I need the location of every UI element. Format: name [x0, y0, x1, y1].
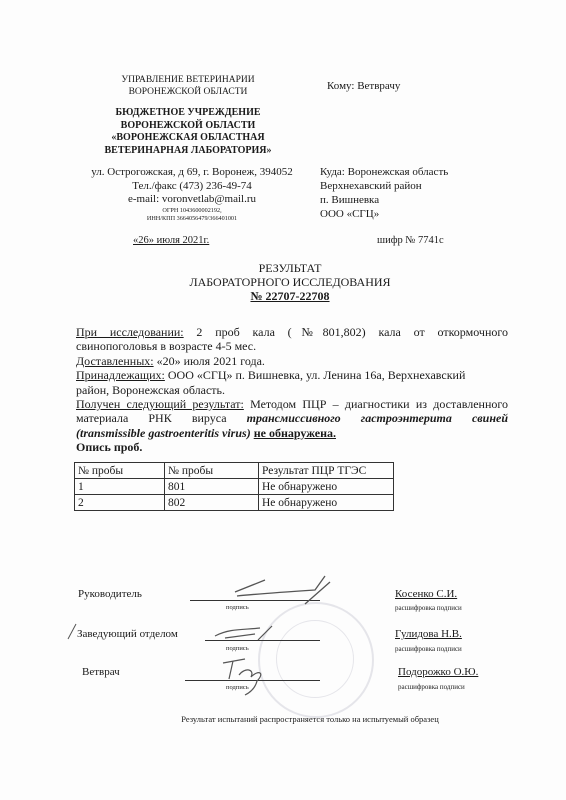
signature-scribble-icon	[225, 570, 335, 610]
authority-header: УПРАВЛЕНИЕ ВЕТЕРИНАРИИ ВОРОНЕЖСКОЙ ОБЛАС…	[88, 74, 288, 98]
institution-header: БЮДЖЕТНОЕ УЧРЕЖДЕНИЕ ВОРОНЕЖСКОЙ ОБЛАСТИ…	[76, 107, 300, 157]
institution-contacts: ул. Острогожская, д 69, г. Воронеж, 3940…	[72, 166, 312, 224]
signature-role-dept: Заведующий отделом	[77, 628, 178, 640]
signature-name-dept: Гулидова Н.В.	[395, 628, 462, 640]
inn-kpp: ИНН/КПП 3664056479/366401001	[72, 215, 312, 224]
cipher-number: шифр № 7741с	[377, 235, 444, 246]
address: ул. Острогожская, д 69, г. Воронеж, 3940…	[72, 166, 312, 180]
research-line: При исследовании: 2 проб кала (№801,802)…	[76, 325, 508, 339]
signature-name-vet: Подорожко О.Ю.	[398, 666, 478, 678]
owner-line: Принадлежащих: ООО «СГЦ» п. Вишневка, ул…	[76, 368, 508, 382]
official-stamp	[258, 602, 374, 718]
signature-role-head: Руководитель	[78, 588, 142, 600]
result-verdict: не обнаружена.	[254, 426, 336, 440]
footer-note: Результат испытаний распространяется тол…	[120, 714, 500, 724]
recipient-address: Куда: Воронежская область Верхнехавский …	[320, 165, 448, 221]
result-line: Получен следующий результат: Методом ПЦР…	[76, 397, 508, 411]
samples-table: № пробы № пробы Результат ПЦР ТГЭС 1 801…	[74, 462, 394, 511]
recipient-to: Кому: Ветврачу	[327, 80, 400, 92]
email: e-mail: voronvetlab@mail.ru	[72, 193, 312, 207]
table-row: 2 802 Не обнаружено	[75, 495, 394, 511]
delivered-line: Доставленных: «20» июля 2021 года.	[76, 354, 508, 368]
document-body: При исследовании: 2 проб кала (№801,802)…	[76, 325, 508, 455]
ogrn: ОГРН 1043600002192,	[72, 207, 312, 216]
document-title: РЕЗУЛЬТАТ ЛАБОРАТОРНОГО ИССЛЕДОВАНИЯ № 2…	[100, 261, 480, 303]
document-date: «26» июля 2021г.	[133, 235, 209, 246]
result-number: № 22707-22708	[100, 289, 480, 303]
signature-scribble-icon	[210, 622, 280, 644]
table-header-row: № пробы № пробы Результат ПЦР ТГЭС	[75, 463, 394, 479]
samples-heading: Опись проб.	[76, 440, 508, 454]
signature-role-vet: Ветврач	[82, 666, 120, 678]
phone: Тел./факс (473) 236-49-74	[72, 180, 312, 194]
table-row: 1 801 Не обнаружено	[75, 479, 394, 495]
signature-name-head: Косенко С.И.	[395, 588, 457, 600]
signature-scribble-icon	[215, 655, 275, 700]
document-page: УПРАВЛЕНИЕ ВЕТЕРИНАРИИ ВОРОНЕЖСКОЙ ОБЛАС…	[0, 0, 566, 800]
